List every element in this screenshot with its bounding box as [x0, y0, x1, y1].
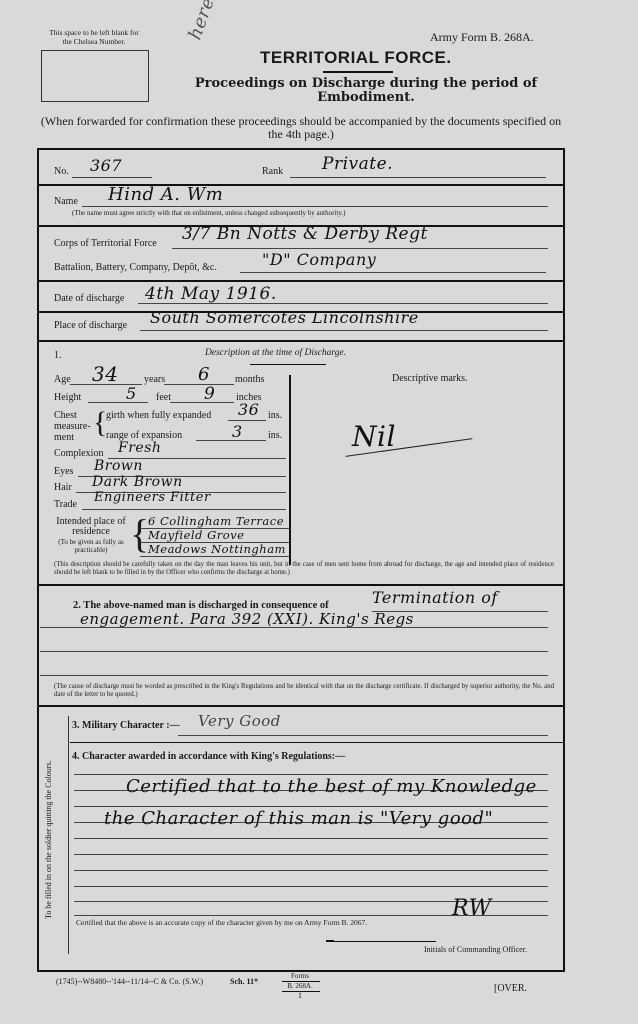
character-separator [70, 742, 563, 743]
battalion-value: "D" Company [262, 250, 376, 269]
cause-footnote: (The cause of discharge must be worded a… [54, 683, 554, 699]
feet-label: feet [156, 392, 171, 403]
cause-value-1: Termination of [372, 588, 498, 607]
description-footnote: (This description should be carefully ta… [54, 561, 554, 577]
chelsea-note: This space to be left blank for the Chel… [44, 28, 144, 46]
residence-line-3 [140, 556, 290, 557]
range-unit: ins. [268, 430, 282, 441]
height-label: Height [54, 392, 81, 403]
forms-top: Forms [280, 972, 320, 980]
hair-label: Hair [54, 482, 72, 493]
height-feet: 5 [126, 384, 137, 403]
height-feet-line [88, 402, 148, 403]
date-label: Date of discharge [54, 293, 124, 304]
height-inches: 9 [204, 384, 215, 404]
girth-line [228, 420, 266, 421]
trade-line [82, 509, 286, 510]
description-divider [289, 375, 291, 565]
descriptive-marks-value: Nil [352, 420, 396, 453]
rank-label: Rank [262, 166, 283, 177]
instruction-text: (When forwarded for confirmation these p… [38, 115, 564, 141]
battalion-line [240, 272, 546, 273]
character-line-8 [74, 886, 548, 887]
name-line [82, 206, 548, 207]
discharge-place: South Somercotes Lincolnshire [150, 308, 419, 327]
residence-line-2-value: Mayfield Grove [148, 528, 244, 542]
cause-line-3 [40, 675, 548, 676]
chelsea-number-box [41, 50, 149, 102]
girth-label: girth when fully expanded [106, 410, 211, 421]
military-character-label: 3. Military Character :— [72, 720, 180, 731]
certified-text: Certified that the above is an accurate … [76, 918, 367, 927]
range-line [196, 440, 266, 441]
name-value: Hind A. Wm [108, 184, 223, 205]
residence-line-1-value: 6 Collingham Terrace [148, 514, 284, 528]
complexion-value: Fresh [118, 440, 161, 456]
name-label: Name [54, 196, 78, 207]
character-line-6 [74, 854, 548, 855]
forms-mid: B. 268A. [280, 982, 320, 990]
print-code: (1745)--W8480--'144--11/14--C & Co. (S.W… [56, 977, 203, 986]
girth-value: 36 [238, 400, 259, 419]
character-line-3 [74, 806, 548, 807]
separator [37, 705, 563, 707]
eyes-value: Brown [94, 458, 143, 474]
character-awarded-line-1: Certified that to the best of my Knowled… [126, 776, 537, 797]
description-heading: Description at the time of Discharge. [205, 348, 346, 358]
residence-label: Intended place of residence [50, 517, 132, 537]
descriptive-marks-label: Descriptive marks. [392, 373, 468, 384]
margin-annotation: here [184, 0, 219, 43]
age-years: 34 [92, 362, 118, 386]
military-character-line [178, 735, 548, 736]
schedule-code: Sch. 11* [230, 977, 258, 986]
character-awarded-label: 4. Character awarded in accordance with … [72, 751, 345, 762]
age-label: Age [54, 374, 71, 385]
residence-note: (To be given as fully as practicable) [50, 538, 132, 554]
rank-value: Private. [322, 154, 393, 174]
separator [37, 340, 563, 342]
hair-value: Dark Brown [92, 474, 183, 490]
discharge-date: 4th May 1916. [145, 284, 277, 304]
range-value: 3 [232, 422, 243, 441]
forms-bottom: 1 [280, 992, 320, 1000]
page-title: TERRITORIAL FORCE. [260, 48, 452, 68]
months-label: months [235, 374, 264, 385]
chest-label: Chest measure-ment [54, 410, 94, 443]
no-label: No. [54, 166, 69, 177]
character-line-1 [74, 774, 548, 775]
name-note: (The name must agree strictly with that … [72, 209, 345, 217]
initials-line-mark [326, 940, 334, 942]
residence-brace: { [130, 512, 149, 556]
age-months: 6 [198, 364, 210, 385]
character-bracket [68, 716, 69, 954]
character-awarded-line-2: the Character of this man is "Very good" [104, 808, 493, 829]
years-label: years [144, 374, 165, 385]
side-note: To be filled in on the soldier quitting … [44, 745, 64, 935]
section-1-number: 1. [54, 350, 62, 361]
initials-label: Initials of Commanding Officer. [424, 945, 527, 954]
heading-underline [250, 364, 326, 365]
form-number: Army Form B. 268A. [430, 30, 534, 45]
cause-value-2: engagement. Para 392 (XXI). King's Regs [80, 610, 414, 628]
girth-unit: ins. [268, 410, 282, 421]
corps-label: Corps of Territorial Force [54, 238, 157, 249]
battalion-label: Battalion, Battery, Company, Depôt, &c. [54, 262, 217, 273]
separator [37, 584, 563, 586]
corps-line [172, 248, 548, 249]
residence-line-3-value: Meadows Nottingham [148, 542, 286, 556]
height-inches-line [170, 402, 234, 403]
title-underline [323, 71, 393, 73]
character-line-7 [74, 870, 548, 871]
service-number: 367 [90, 156, 122, 175]
no-line [72, 177, 152, 178]
separator [37, 280, 563, 282]
character-line-5 [74, 838, 548, 839]
corps-value: 3/7 Bn Notts & Derby Regt [182, 224, 428, 244]
trade-label: Trade [54, 499, 77, 510]
rank-line [290, 177, 546, 178]
place-label: Place of discharge [54, 320, 127, 331]
cause-line-2 [40, 651, 548, 652]
eyes-label: Eyes [54, 466, 73, 477]
co-initials: RW [452, 896, 492, 921]
page-subtitle: Proceedings on Discharge during the peri… [168, 77, 564, 105]
initials-line [326, 941, 436, 942]
military-character-value: Very Good [198, 712, 281, 730]
place-line [140, 330, 548, 331]
form-page: This space to be left blank for the Chel… [0, 0, 638, 1024]
trade-value: Engineers Fitter [94, 490, 211, 505]
over-text: [OVER. [494, 983, 527, 994]
